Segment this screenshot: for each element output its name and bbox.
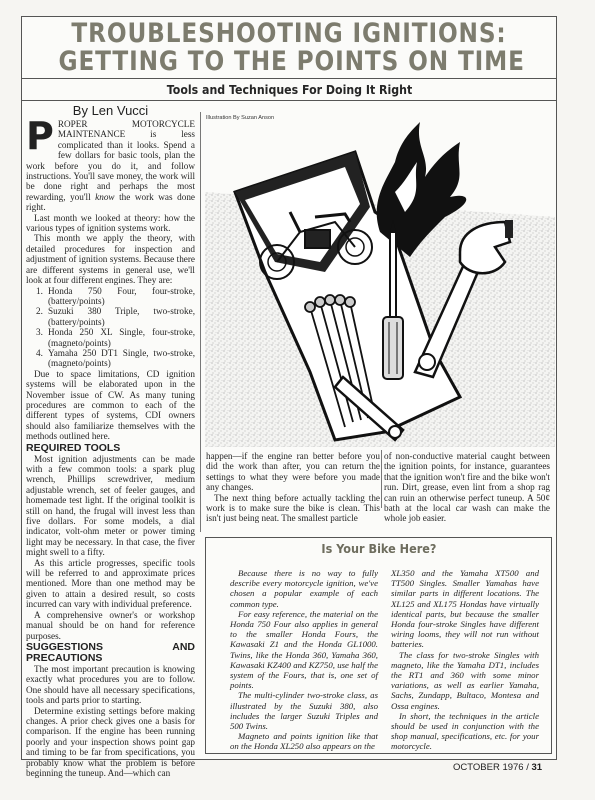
paragraph: The next thing before actually tackling … (206, 493, 380, 524)
engine-list-item: 1.Honda 750 Four, four-stroke, (battery/… (26, 286, 195, 307)
deck-subtitle: Tools and Techniques For Doing It Right (166, 79, 412, 101)
paragraph: Most ignition adjustments can be made wi… (26, 454, 195, 558)
tools-illustration (205, 122, 555, 447)
column-rule (381, 450, 382, 508)
right-column-text: of non-conductive material caught betwee… (384, 451, 550, 524)
deck-block: Tools and Techniques For Doing It Right (21, 79, 557, 101)
paragraph: Due to space limitations, CD ignition sy… (26, 369, 195, 442)
headline-block: TROUBLESHOOTING IGNITIONS: GETTING TO TH… (21, 16, 557, 79)
column-rule (200, 112, 201, 532)
sidebar-paragraph: Magneto and points ignition like that on… (230, 731, 378, 751)
section-heading-suggestions: SUGGESTIONS AND PRECAUTIONS (26, 642, 195, 664)
sidebar-paragraph: The multi-cylinder two-stroke class, as … (230, 690, 378, 731)
sidebar-box: Is Your Bike Here? Because there is no w… (205, 537, 552, 754)
intro-emphasis: know (95, 192, 114, 202)
sidebar-paragraph: In short, the techniques in the article … (391, 711, 539, 752)
headline-line-1: TROUBLESHOOTING IGNITIONS: (59, 20, 520, 48)
paragraph: This month we apply the theory, with det… (26, 233, 195, 285)
paragraph: As this article progresses, specific too… (26, 558, 195, 610)
headline-line-2: GETTING TO THE POINTS ON TIME (59, 48, 520, 76)
sidebar-left-column: Because there is no way to fully describ… (230, 568, 378, 752)
sidebar-paragraph: For easy reference, the material on the … (230, 609, 378, 691)
page-number: 31 (532, 762, 543, 773)
intro-paragraph: P ROPER MOTORCYCLE MAINTENANCE is less c… (26, 119, 195, 213)
paragraph: Determine existing settings before makin… (26, 706, 195, 779)
engine-list: 1.Honda 750 Four, four-stroke, (battery/… (26, 286, 195, 369)
sidebar-title: Is Your Bike Here? (206, 538, 551, 560)
paragraph: A comprehensive owner's or workshop manu… (26, 610, 195, 641)
left-column: By Len Vucci P ROPER MOTORCYCLE MAINTENA… (26, 103, 195, 778)
sidebar-right-column: XL350 and the Yamaha XT500 and TT500 Sin… (391, 568, 539, 752)
illustration-credit: Illustration By Suzan Anson (206, 115, 274, 121)
engine-list-item: 2.Suzuki 380 Triple, two-stroke, (batter… (26, 306, 195, 327)
sidebar-paragraph: XL350 and the Yamaha XT500 and TT500 Sin… (391, 568, 539, 650)
paragraph: of non-conductive material caught betwee… (384, 451, 550, 524)
page-folio: OCTOBER 1976 / 31 (453, 762, 542, 773)
sidebar-paragraph: The class for two-stroke Singles with ma… (391, 650, 539, 711)
engine-list-item: 4.Yamaha 250 DT1 Single, two-stroke, (ma… (26, 348, 195, 369)
left-column-text: P ROPER MOTORCYCLE MAINTENANCE is less c… (26, 119, 195, 778)
paragraph: The most important precaution is knowing… (26, 664, 195, 706)
drop-cap: P (26, 121, 54, 152)
paragraph: Last month we looked at theory: how the … (26, 213, 195, 234)
section-heading-required-tools: REQUIRED TOOLS (26, 443, 195, 454)
sidebar-paragraph: Because there is no way to fully describ… (230, 568, 378, 609)
engine-list-item: 3.Honda 250 XL Single, four-stroke, (mag… (26, 327, 195, 348)
middle-column-text: happen—if the engine ran better before y… (206, 451, 380, 524)
paragraph: happen—if the engine ran better before y… (206, 451, 380, 493)
